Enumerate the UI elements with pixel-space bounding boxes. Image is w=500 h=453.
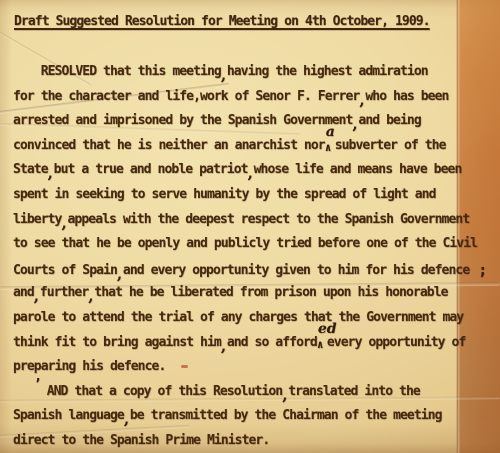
- handwritten-comma: ,: [117, 267, 123, 282]
- text-line: parole to attend the trial of any charge…: [13, 306, 496, 331]
- handwritten-comma: ,: [359, 93, 365, 108]
- text-line: think fit to bring against him,and so af…: [13, 331, 496, 356]
- typed-text: AND that a copy of this Resolution: [40, 384, 282, 399]
- typed-text: State: [13, 162, 48, 177]
- typed-text: RESOLVED that this meeting: [13, 64, 221, 79]
- typed-text: appeals with the deepest respect to the …: [68, 212, 470, 227]
- typed-text: subverter of the: [335, 138, 446, 153]
- typed-text: liberty: [13, 212, 62, 227]
- text-line: preparing his defence.: [13, 355, 496, 380]
- handwritten-tick: ’: [34, 373, 40, 398]
- handwritten-comma: ,: [48, 166, 54, 181]
- typed-text: [13, 384, 34, 399]
- typed-text: parole to attend the trial of any charge…: [13, 310, 463, 325]
- text-line: and,further,that he be liberated from pr…: [13, 281, 496, 306]
- typed-text: translated into the: [288, 384, 420, 399]
- typed-text: and: [13, 285, 34, 300]
- typed-text: think fit to bring against him: [13, 335, 221, 350]
- document-title: Draft Suggested Resolution for Meeting o…: [14, 13, 430, 31]
- typed-text: Courts of Spain: [13, 263, 117, 278]
- handwritten-semicolon: ;: [469, 258, 487, 283]
- typed-text: whose life and means have been: [254, 162, 462, 177]
- typed-text: Spanish language: [13, 408, 124, 423]
- handwritten-comma: ,: [124, 412, 130, 427]
- handwritten-comma: ,: [221, 68, 227, 83]
- caret-icon: ∧: [325, 142, 332, 153]
- handwritten-comma: ,: [352, 117, 358, 132]
- handwritten-comma: ,: [62, 216, 68, 231]
- text-line: ’ AND that a copy of this Resolution,tra…: [13, 380, 496, 405]
- document-page: Draft Suggested Resolution for Meeting o…: [0, 0, 500, 453]
- text-line: direct to the Spanish Prime Minister.: [13, 429, 496, 453]
- text-line: RESOLVED that this meeting,having the hi…: [13, 60, 496, 85]
- document-body: RESOLVED that this meeting,having the hi…: [13, 60, 496, 453]
- text-line: arrested and imprisoned by the Spanish G…: [13, 109, 496, 134]
- caret-icon: ∧: [317, 339, 324, 350]
- handwritten-comma: ,: [282, 388, 288, 403]
- typed-text: every opportunity of: [327, 335, 466, 350]
- typed-text: further: [40, 285, 89, 300]
- typed-text: and being: [358, 113, 420, 128]
- text-line: liberty,appeals with the deepest respect…: [13, 208, 496, 233]
- text-line: State,but a true and noble patriot,whose…: [13, 158, 496, 183]
- handwritten-comma: ,: [248, 166, 254, 181]
- text-line: Courts of Spain,and every opportunity gi…: [13, 257, 496, 282]
- typed-text: and so afford: [227, 335, 317, 350]
- typed-text: direct to the Spanish Prime Minister.: [13, 433, 269, 448]
- typed-text: for the character and life,work of Senor…: [13, 89, 359, 104]
- text-line: Spanish language,be transmitted by the C…: [13, 404, 496, 429]
- typed-text: but a true and noble patriot: [54, 162, 248, 177]
- text-line: for the character and life,work of Senor…: [13, 85, 496, 110]
- typed-text: be transmitted by the Chairman of the me…: [130, 408, 442, 423]
- text-line: spent in seeking to serve humanity by th…: [13, 183, 496, 208]
- text-line: to see that he be openly and publicly tr…: [13, 232, 496, 257]
- typed-text: arrested and imprisoned by the Spanish G…: [13, 113, 352, 128]
- typed-text: spent in seeking to serve humanity by th…: [13, 187, 436, 202]
- typed-text: convinced that he is neither an anarchis…: [13, 138, 325, 153]
- text-line: convinced that he is neither an anarchis…: [13, 134, 496, 159]
- ink-speck: [181, 365, 188, 368]
- typed-text: and every opportunity given to him for h…: [123, 263, 469, 278]
- typed-text: that he be liberated from prison upon hi…: [94, 285, 447, 300]
- handwritten-insertion: a∧: [325, 136, 335, 149]
- typed-text: to see that he be openly and publicly tr…: [13, 236, 477, 251]
- handwritten-comma: ,: [88, 289, 94, 304]
- typed-text: who has been: [365, 89, 448, 104]
- typed-text: having the highest admiration: [227, 64, 428, 79]
- handwritten-comma: ,: [221, 339, 227, 354]
- handwritten-insertion: ed∧: [317, 333, 327, 346]
- handwritten-comma: ,: [34, 289, 40, 304]
